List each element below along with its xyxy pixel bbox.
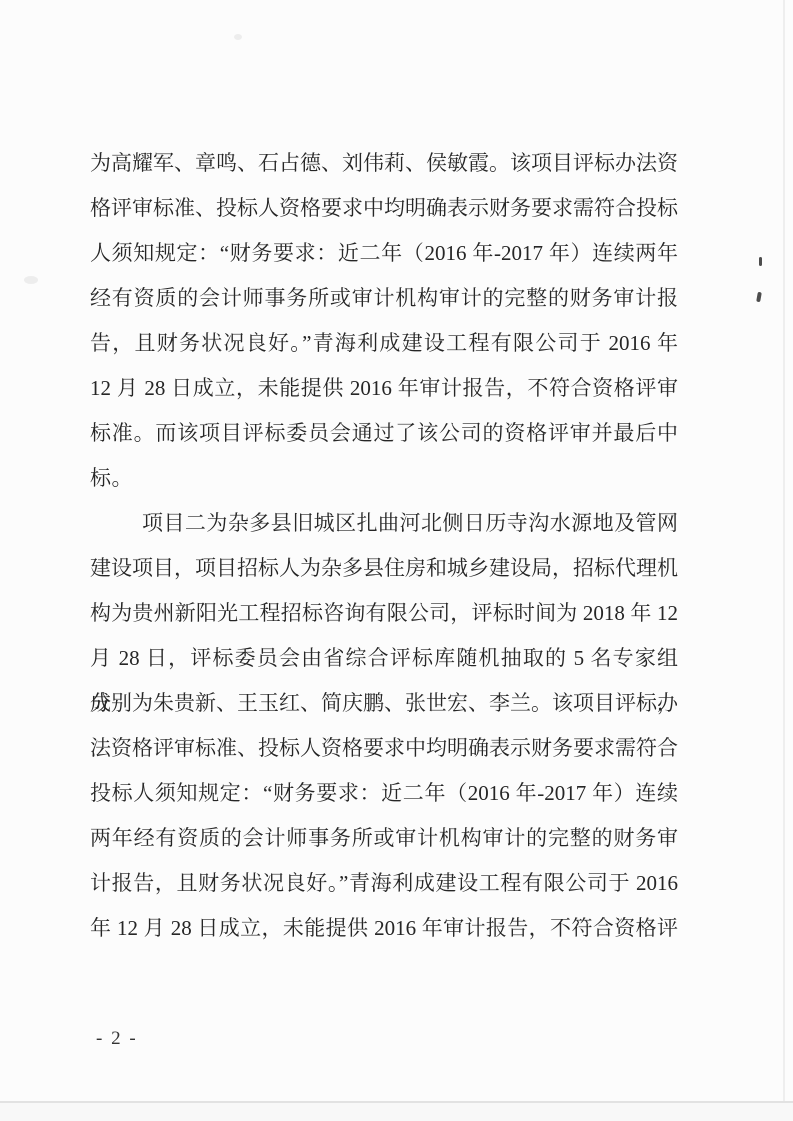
text-line: 计报告，且财务状况良好。”青海利成建设工程有限公司于 2016: [90, 861, 678, 906]
text-line: 格评审标准、投标人资格要求中均明确表示财务要求需符合投标: [90, 186, 678, 231]
document-body: 为高耀军、章鸣、石占德、刘伟莉、侯敏霞。该项目评标办法资格评审标准、投标人资格要…: [90, 141, 678, 951]
text-line: 项目二为杂多县旧城区扎曲河北侧日历寺沟水源地及管网: [90, 501, 678, 546]
page-right-edge: [783, 0, 785, 1102]
scanned-document-page: 为高耀军、章鸣、石占德、刘伟莉、侯敏霞。该项目评标办法资格评审标准、投标人资格要…: [0, 0, 793, 1103]
scan-speck: [759, 257, 762, 266]
text-line: 投标人须知规定：“财务要求：近二年（2016 年-2017 年）连续: [90, 771, 678, 816]
text-line: 分别为朱贵新、王玉红、简庆鹏、张世宏、李兰。该项目评标办: [90, 681, 678, 726]
text-line: 为高耀军、章鸣、石占德、刘伟莉、侯敏霞。该项目评标办法资: [90, 141, 678, 186]
text-line: 两年经有资质的会计师事务所或审计机构审计的完整的财务审: [90, 816, 678, 861]
scan-smudge: [24, 276, 38, 284]
scan-smudge: [234, 34, 242, 40]
scan-speck: [756, 292, 762, 303]
text-line: 建设项目，项目招标人为杂多县住房和城乡建设局，招标代理机: [90, 546, 678, 591]
text-line: 法资格评审标准、投标人资格要求中均明确表示财务要求需符合: [90, 726, 678, 771]
text-line: 告，且财务状况良好。”青海利成建设工程有限公司于 2016 年: [90, 321, 678, 366]
text-line: 构为贵州新阳光工程招标咨询有限公司，评标时间为 2018 年 12: [90, 591, 678, 636]
text-line: 经有资质的会计师事务所或审计机构审计的完整的财务审计报: [90, 276, 678, 321]
text-line: 12 月 28 日成立，未能提供 2016 年审计报告，不符合资格评审: [90, 366, 678, 411]
text-line: 年 12 月 28 日成立，未能提供 2016 年审计报告，不符合资格评: [90, 906, 678, 951]
text-line: 标准。而该项目评标委员会通过了该公司的资格评审并最后中: [90, 411, 678, 456]
text-line: 标。: [90, 456, 678, 501]
page-number: - 2 -: [96, 1028, 138, 1050]
page-bottom-edge: [0, 1101, 793, 1103]
text-line: 月 28 日，评标委员会由省综合评标库随机抽取的 5 名专家组成，: [90, 636, 678, 681]
text-line: 人须知规定：“财务要求：近二年（2016 年-2017 年）连续两年: [90, 231, 678, 276]
